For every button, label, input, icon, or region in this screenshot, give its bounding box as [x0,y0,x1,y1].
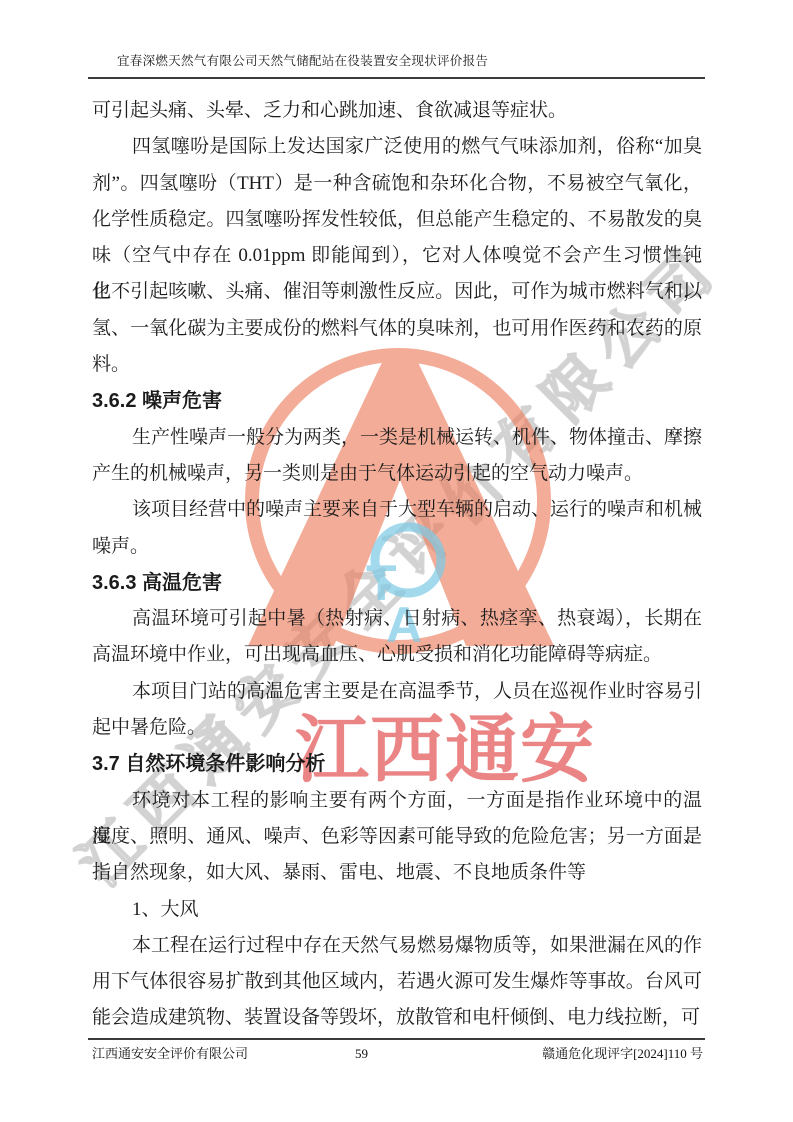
text-line: 该项目经营中的噪声主要来自于大型车辆的启动、运行的噪声和机械 [92,492,702,528]
text-line: 指自然现象，如大风、暴雨、雷电、地震、不良地质条件等 [92,855,702,891]
text-line: 3.6.3 高温危害 [92,565,702,601]
report-title: 宜春深燃天然气有限公司天然气储配站在役装置安全现状评价报告 [117,51,488,69]
text-line: 化学性质稳定。四氢噻吩挥发性较低，但总能产生稳定的、不易散发的臭 [92,202,702,238]
page-footer: 江西通安安全评价有限公司 59 赣通危化现评字[2024]110 号 [92,1043,703,1062]
text-line: 3.6.2 噪声危害 [92,383,702,419]
text-line: 湿度、照明、通风、噪声、色彩等因素可能导致的危险危害；另一方面是 [92,819,702,855]
text-line: 生产性噪声一般分为两类，一类是机械运转、机件、物体撞击、摩擦 [92,420,702,456]
text-line: 氢、一氧化碳为主要成份的燃料气体的臭味剂，也可用作医药和农药的原 [92,311,702,347]
footer-company: 江西通安安全评价有限公司 [92,1043,272,1062]
text-line: 料。 [92,347,702,383]
text-line: 剂”。四氢噻吩（THT）是一种含硫饱和杂环化合物，不易被空气氧化， [92,166,702,202]
text-line: 3.7 自然环境条件影响分析 [92,746,702,782]
text-line: 高温环境可引起中暑（热射病、日射病、热痉挛、热衰竭），长期在 [92,601,702,637]
header-rule [88,77,705,79]
document-body: 可引起头痛、头晕、乏力和心跳加速、食欲减退等症状。四氢噻吩是国际上发达国家广泛使… [92,93,702,1037]
text-line: 本项目门站的高温危害主要是在高温季节，人员在巡视作业时容易引 [92,674,702,710]
text-line: 味（空气中存在 0.01ppm 即能闻到），它对人体嗅觉不会产生习惯性钝化， [92,238,702,274]
text-line: 可引起头痛、头晕、乏力和心跳加速、食欲减退等症状。 [92,93,702,129]
text-line: 噪声。 [92,529,702,565]
footer-doc-number: 赣通危化现评字[2024]110 号 [451,1043,703,1062]
page-number: 59 [272,1046,452,1062]
document-page: 江西通安安全评价有限公司 T A 江西通安 宜春深燃天然气有限公司天然气储配站在… [0,0,793,1122]
text-line: 产生的机械噪声，另一类则是由于气体运动引起的空气动力噪声。 [92,456,702,492]
text-line: 也不引起咳嗽、头痛、催泪等刺激性反应。因此，可作为城市燃料气和以 [92,274,702,310]
text-line: 环境对本工程的影响主要有两个方面，一方面是指作业环境中的温度、 [92,783,702,819]
text-line: 起中暑危险。 [92,710,702,746]
text-line: 用下气体很容易扩散到其他区域内，若遇火源可发生爆炸等事故。台风可 [92,964,702,1000]
text-line: 高温环境中作业，可出现高血压、心肌受损和消化功能障碍等病症。 [92,637,702,673]
text-line: 1、大风 [92,892,702,928]
text-line: 本工程在运行过程中存在天然气易燃易爆物质等，如果泄漏在风的作 [92,928,702,964]
text-line: 四氢噻吩是国际上发达国家广泛使用的燃气气味添加剂，俗称“加臭 [92,129,702,165]
text-line: 能会造成建筑物、装置设备等毁坏，放散管和电杆倾倒、电力线拉断，可 [92,1000,702,1036]
footer-rule [88,1038,705,1040]
